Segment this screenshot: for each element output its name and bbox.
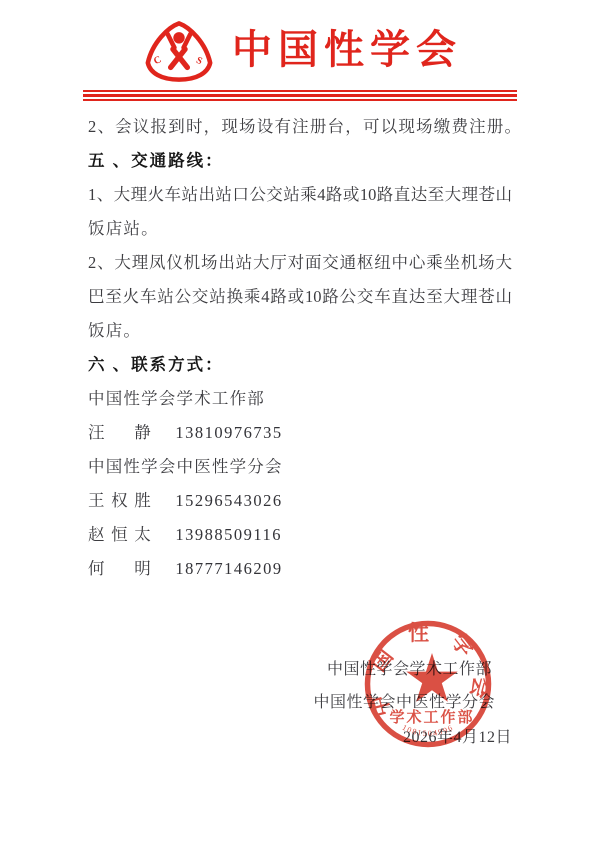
divider-thin-top bbox=[83, 90, 517, 92]
paragraph-route-1-b: 饭店站。 bbox=[88, 212, 512, 246]
contact-name: 汪 静 bbox=[88, 416, 152, 450]
paragraph-registration: 2、会议报到时，现场设有注册台，可以现场缴费注册。 bbox=[88, 110, 512, 144]
heading-traffic-routes: 五 、交通路线： bbox=[88, 144, 512, 178]
letterhead: C S 中国性学会 bbox=[0, 0, 600, 108]
dept-tcm-branch: 中国性学会中医性学分会 bbox=[88, 450, 512, 484]
contact-row: 王权胜 15296543026 bbox=[88, 484, 512, 518]
paragraph-route-2-c: 饭店。 bbox=[88, 314, 512, 348]
paragraph-route-2-b: 巴至火车站公交站换乘4路或10路公交车直达至大理苍山 bbox=[88, 280, 512, 314]
signature-date: 2026年4月12日 bbox=[313, 721, 512, 754]
document-body: 2、会议报到时，现场设有注册台，可以现场缴费注册。 五 、交通路线： 1、大理火… bbox=[88, 110, 512, 586]
document-page: C S 中国性学会 2、会议报到时，现场设有注册台，可以现场缴费注册。 五 、交… bbox=[0, 0, 600, 849]
heading-contact-info: 六 、联系方式： bbox=[88, 348, 512, 382]
divider-thick bbox=[83, 94, 517, 98]
association-logo-icon: C S bbox=[141, 17, 217, 89]
signature-block: 中国性学会学术工作部 中国性学会中医性学分会 2026年4月12日 bbox=[313, 653, 512, 754]
contact-name: 何 明 bbox=[88, 552, 152, 586]
contact-row: 何 明 18777146209 bbox=[88, 552, 512, 586]
dept-academic-office: 中国性学会学术工作部 bbox=[88, 382, 512, 416]
contact-row: 赵恒太 13988509116 bbox=[88, 518, 512, 552]
contact-row: 汪 静 13810976735 bbox=[88, 416, 512, 450]
signature-org-2: 中国性学会中医性学分会 bbox=[313, 686, 512, 719]
divider-thin-bottom bbox=[83, 99, 517, 101]
contact-phone: 18777146209 bbox=[175, 559, 282, 578]
contact-name: 赵恒太 bbox=[88, 518, 152, 552]
contact-name: 王权胜 bbox=[88, 484, 152, 518]
contact-phone: 15296543026 bbox=[175, 491, 282, 510]
letterhead-divider bbox=[83, 90, 517, 101]
org-title: 中国性学会 bbox=[232, 26, 472, 74]
contact-phone: 13988509116 bbox=[175, 525, 282, 544]
paragraph-route-1-a: 1、大理火车站出站口公交站乘4路或10路直达至大理苍山 bbox=[88, 178, 512, 212]
signature-org-1: 中国性学会学术工作部 bbox=[313, 653, 512, 686]
contact-phone: 13810976735 bbox=[175, 423, 282, 442]
paragraph-route-2-a: 2、大理凤仪机场出站大厅对面交通枢纽中心乘坐机场大 bbox=[88, 246, 512, 280]
